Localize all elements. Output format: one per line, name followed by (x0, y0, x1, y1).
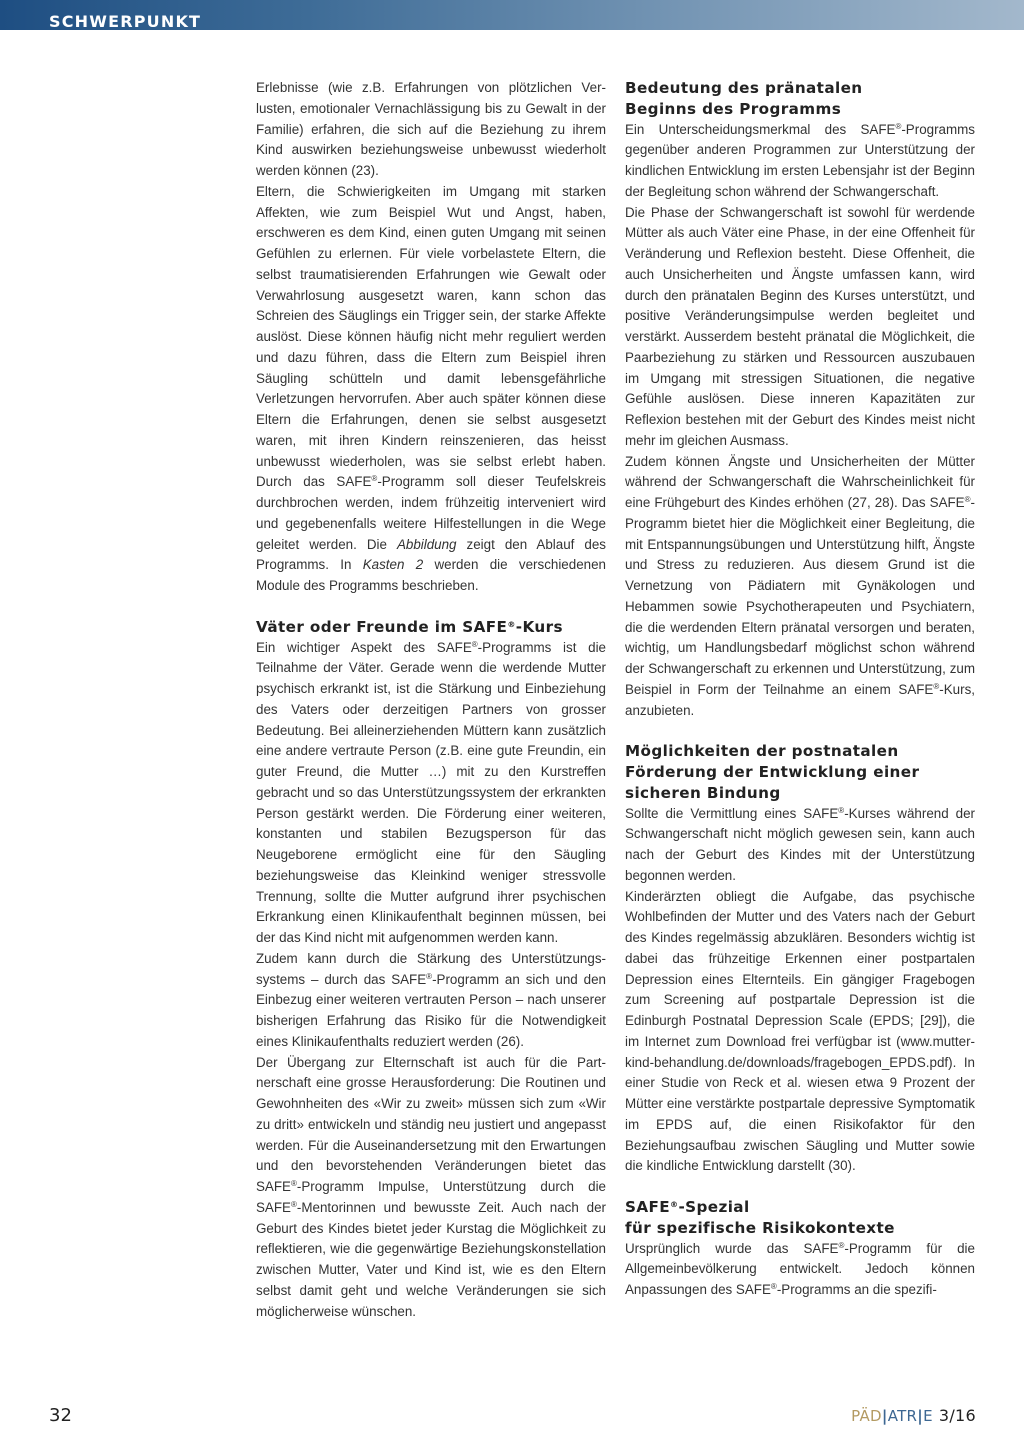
section-heading: Väter oder Freunde im SAFE®-Kurs (256, 617, 606, 638)
page-number: 32 (49, 1405, 72, 1426)
left-column: Erlebnisse (wie z.B. Erfahrungen von plö… (256, 78, 606, 1322)
figure-reference: Abbildung (397, 537, 457, 552)
paragraph: Eltern, die Schwierigkeiten im Umgang mi… (256, 182, 606, 597)
paragraph: Zudem kann durch die Stärkung des Unters… (256, 949, 606, 1053)
issue-number: 3/16 (939, 1406, 976, 1425)
paragraph: Sollte die Vermittlung eines SAFE®-Kurse… (625, 804, 975, 887)
paragraph: Erlebnisse (wie z.B. Erfahrungen von plö… (256, 78, 606, 182)
brand-logo-part: ATR (888, 1407, 918, 1425)
paragraph: Ursprünglich wurde das SAFE®-Programm fü… (625, 1239, 975, 1301)
header-band: SCHWERPUNKT (0, 0, 1024, 30)
paragraph: Die Phase der Schwangerschaft ist sowohl… (625, 203, 975, 452)
brand-logo-part: E (923, 1407, 933, 1425)
section-heading: SAFE®-Spezialfür spezifische Risikokonte… (625, 1197, 975, 1239)
paragraph: Ein wichtiger Aspekt des SAFE®-Programms… (256, 638, 606, 949)
section-heading: Möglichkeiten der postnatalenFörderung d… (625, 741, 975, 803)
section-heading: Bedeutung des pränatalenBeginns des Prog… (625, 78, 975, 120)
section-label: SCHWERPUNKT (49, 13, 201, 31)
box-reference: Kasten 2 (363, 557, 423, 572)
brand-logo-part: PÄD (851, 1407, 882, 1425)
registered-mark: ® (507, 620, 515, 629)
paragraph: Zudem können Ängste und Unsicherheiten d… (625, 452, 975, 722)
paragraph: Kinderärzten obliegt die Aufgabe, das ps… (625, 887, 975, 1178)
paragraph: Der Übergang zur Elternschaft ist auch f… (256, 1053, 606, 1323)
right-column: Bedeutung des pränatalenBeginns des Prog… (625, 78, 975, 1301)
paragraph: Ein Unterscheidungsmerkmal des SAFE®-Pro… (625, 120, 975, 203)
journal-brand: PÄD|ATR|E3/16 (851, 1406, 976, 1425)
